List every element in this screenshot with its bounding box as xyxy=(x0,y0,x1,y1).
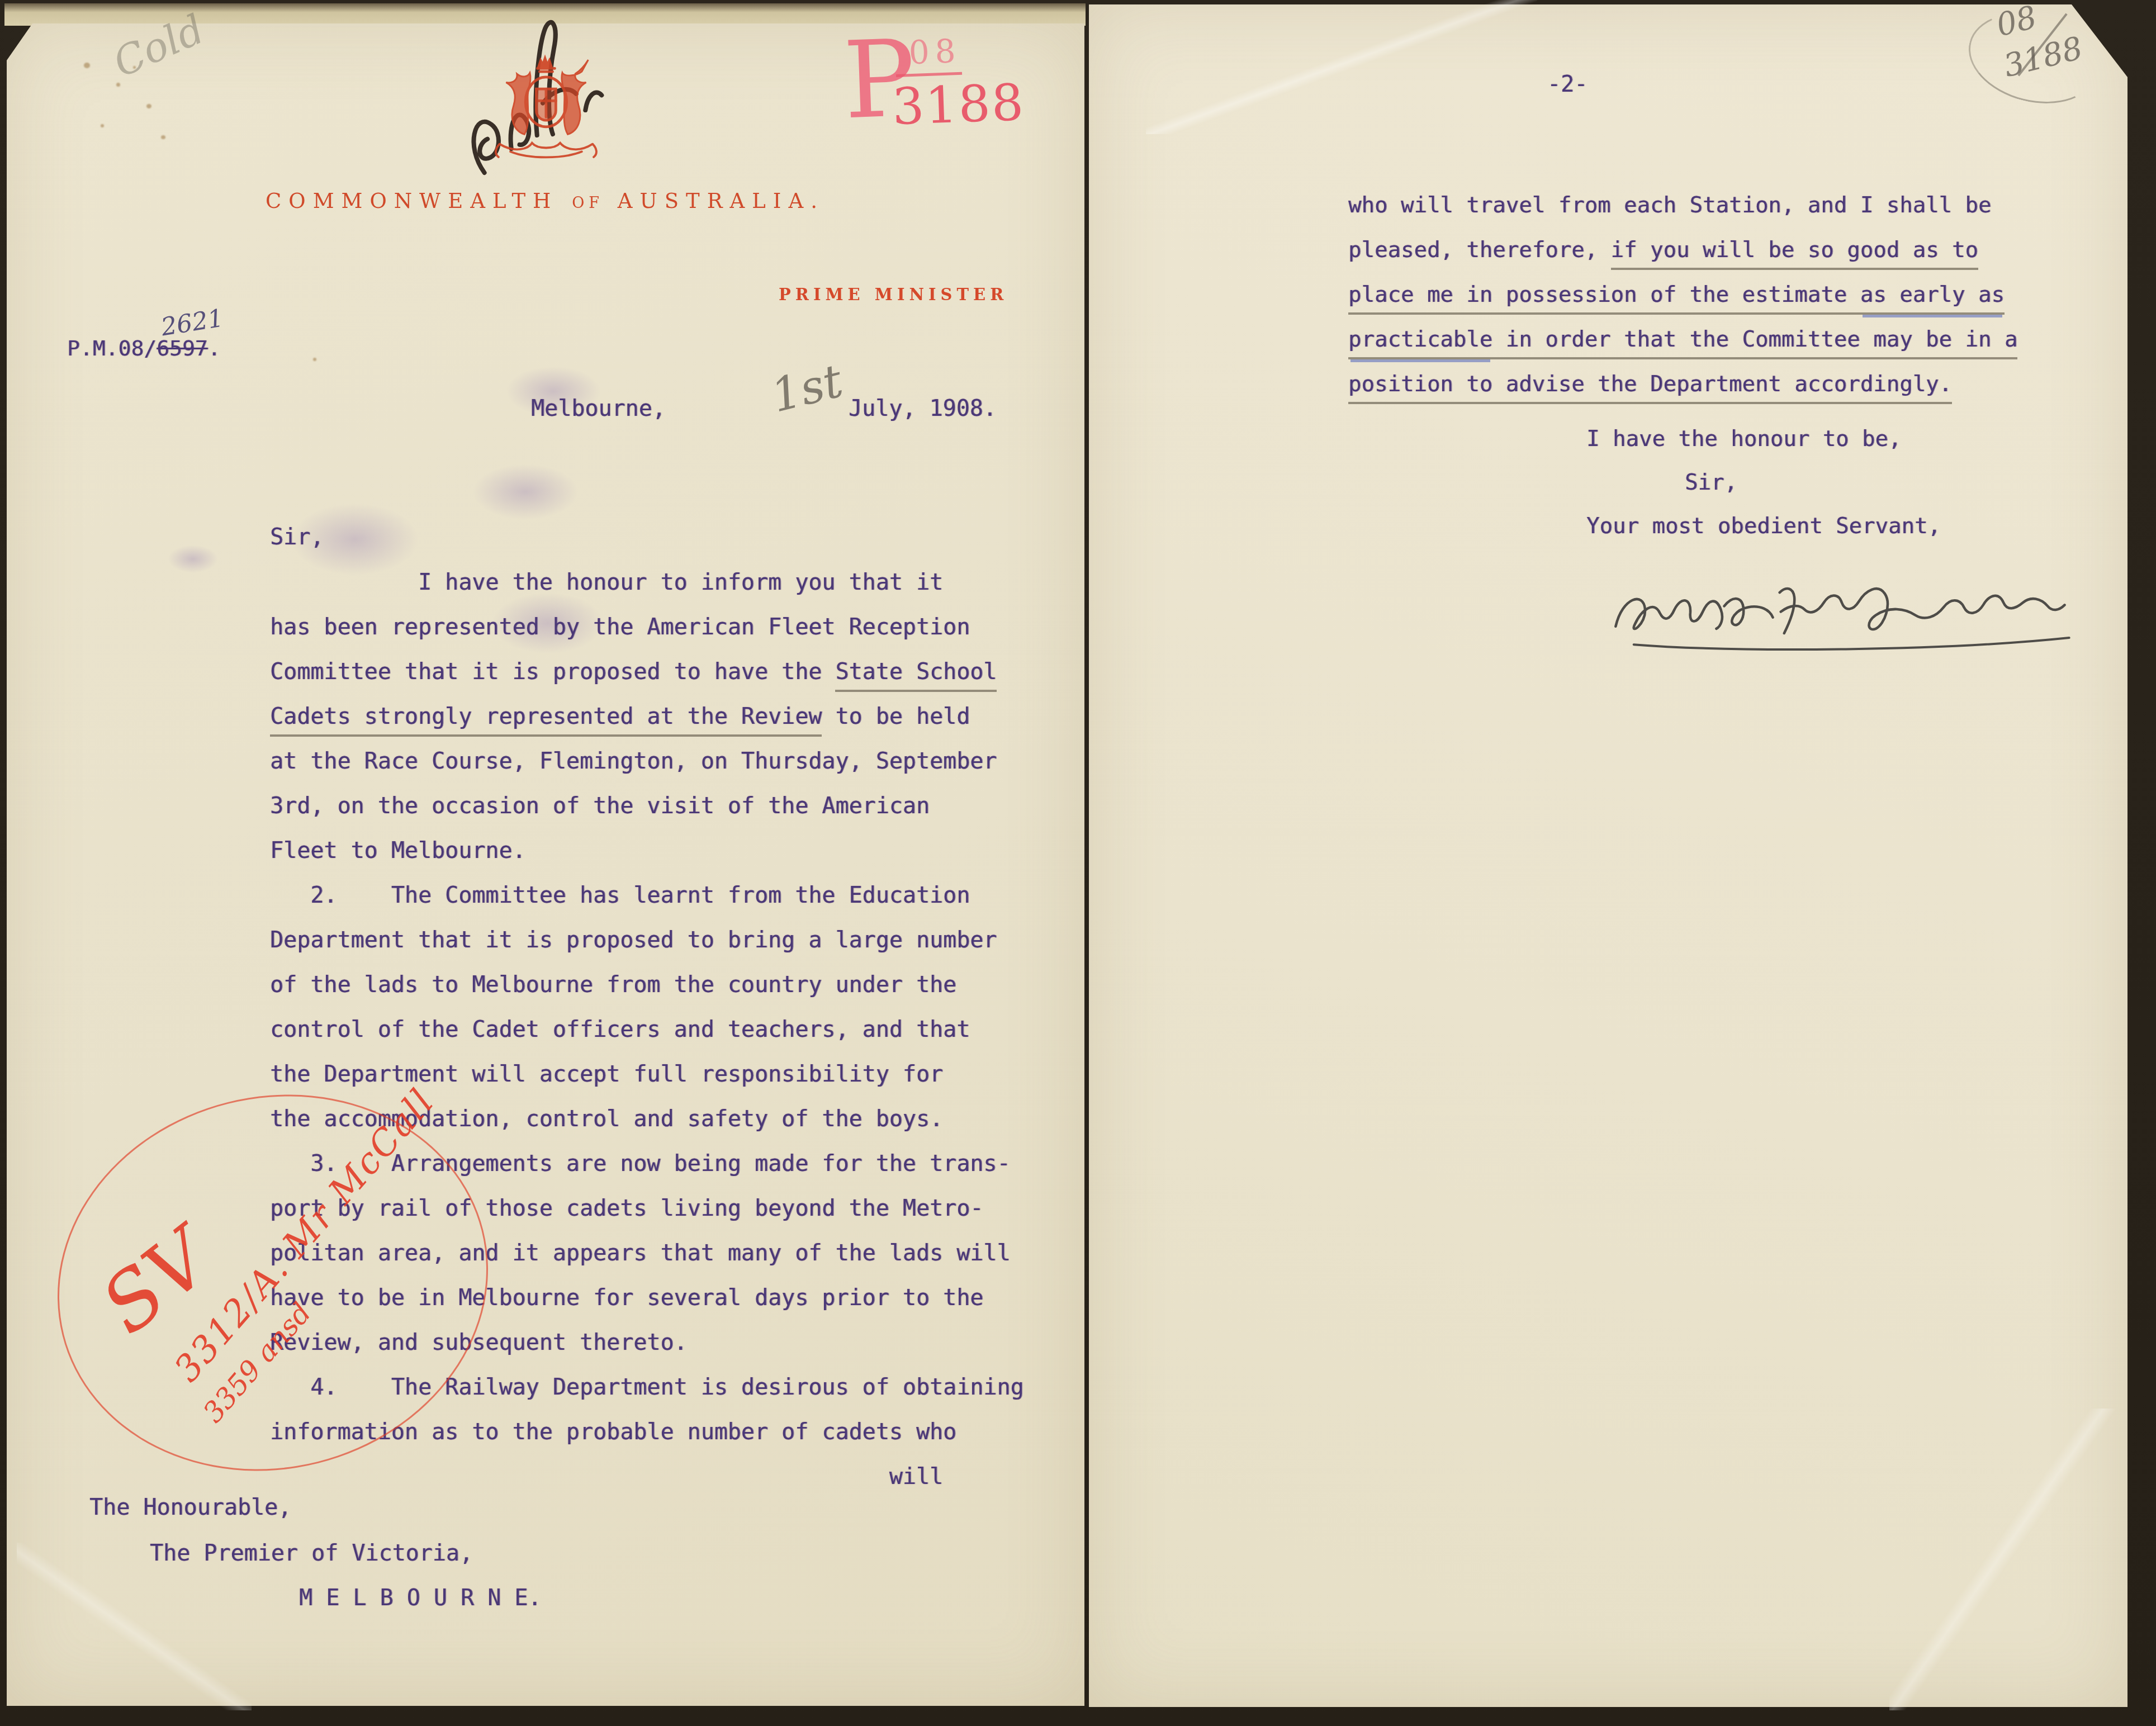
file-ref-prefix: P.M.08/ xyxy=(67,336,157,361)
stamp-year: 08 xyxy=(908,32,961,72)
stamp-number: 3188 xyxy=(891,73,1026,136)
typed-line: 3rd, on the occasion of the visit of the… xyxy=(270,784,1024,828)
typed-text: I have the honour to inform you that it xyxy=(270,570,943,595)
typed-line: at the Race Course, Flemington, on Thurs… xyxy=(270,739,1024,784)
addressee-line: The Premier of Victoria, xyxy=(150,1540,473,1566)
typed-text: Fleet to Melbourne. xyxy=(270,838,526,864)
closing-line: Your most obedient Servant, xyxy=(1586,514,1941,539)
letter-body-page2: who will travel from each Station, and I… xyxy=(1348,183,2017,407)
underlined-text: as early as xyxy=(1860,282,2005,315)
closing-line: I have the honour to be, xyxy=(1586,426,1902,452)
typed-line: practicable in order that the Committee … xyxy=(1348,317,2017,362)
typed-line: will xyxy=(270,1454,1024,1499)
foxing-spot xyxy=(146,104,151,108)
typed-text: Department that it is proposed to bring … xyxy=(270,927,997,953)
typed-line: control of the Cadet officers and teache… xyxy=(270,1007,1024,1052)
typed-text: 3rd, on the occasion of the visit of the… xyxy=(270,793,930,819)
foxing-spot xyxy=(101,124,104,127)
ink-smudge xyxy=(472,464,579,520)
file-reference: P.M.08/6597. xyxy=(67,336,221,361)
typed-text: to be held xyxy=(822,704,970,729)
typed-text: 2. The Committee has learnt from the Edu… xyxy=(270,883,970,908)
underlined-text: in order that the Committee may be in a xyxy=(1492,327,2017,359)
letterhead-australia: AUSTRALIA. xyxy=(618,189,825,213)
typed-line: who will travel from each Station, and I… xyxy=(1348,183,2017,228)
typed-text: of the lads to Melbourne from the countr… xyxy=(270,972,956,998)
closing-line: Sir, xyxy=(1685,470,1737,495)
typed-text: has been represented by the American Fle… xyxy=(270,614,970,640)
letterhead-commonwealth: COMMONWEALTH xyxy=(266,189,558,213)
signature-alfred-deakin xyxy=(1600,571,2086,652)
typed-line: position to advise the Department accord… xyxy=(1348,362,2017,407)
letterhead-office: PRIME MINISTER xyxy=(779,285,1008,304)
typed-line: Fleet to Melbourne. xyxy=(270,828,1024,873)
typed-line: has been represented by the American Fle… xyxy=(270,605,1024,649)
ink-smudge xyxy=(168,545,218,573)
typed-line: Cadets strongly represented at the Revie… xyxy=(270,694,1024,739)
typed-text: will xyxy=(270,1464,943,1490)
typed-text: Committee that it is proposed to have th… xyxy=(270,659,835,685)
letterhead-title: COMMONWEALTH OF AUSTRALIA. xyxy=(263,189,827,213)
typed-text: pleased, therefore, xyxy=(1348,238,1611,263)
page-number: -2- xyxy=(1547,72,1588,97)
foxing-spot xyxy=(161,135,165,139)
typed-line: of the lads to Melbourne from the countr… xyxy=(270,962,1024,1007)
foxing-spot xyxy=(313,358,316,361)
coat-of-arms-crest xyxy=(464,51,626,163)
underlined-text: State School xyxy=(835,659,997,692)
letterhead-of: OF xyxy=(572,195,604,212)
typed-line: Department that it is proposed to bring … xyxy=(270,918,1024,962)
dateline-date: July, 1908. xyxy=(849,396,997,421)
foxing-spot xyxy=(116,83,120,87)
typed-text: control of the Cadet officers and teache… xyxy=(270,1017,970,1042)
underlined-text: practicable xyxy=(1348,327,1492,359)
typed-line: I have the honour to inform you that it xyxy=(270,560,1024,605)
typed-text: the Department will accept full responsi… xyxy=(270,1061,943,1087)
typed-line: Committee that it is proposed to have th… xyxy=(270,649,1024,694)
typed-line: place me in possession of the estimate a… xyxy=(1348,273,2017,317)
addressee-line: M E L B O U R N E. xyxy=(299,1585,541,1611)
typed-line: 2. The Committee has learnt from the Edu… xyxy=(270,873,1024,918)
document-scan: Cold P 08 3188 COMMONWEALTH OF AUSTRALIA… xyxy=(0,0,2156,1726)
typed-line: pleased, therefore, if you will be so go… xyxy=(1348,228,2017,273)
typed-text: at the Race Course, Flemington, on Thurs… xyxy=(270,748,997,774)
underlined-text: place me in possession of the estimate xyxy=(1348,282,1860,315)
dateline-city: Melbourne, xyxy=(531,396,666,421)
underlined-text: Cadets strongly represented at the Revie… xyxy=(270,704,822,737)
underlined-text: position to advise the Department accord… xyxy=(1348,372,1952,404)
typed-text: who will travel from each Station, and I… xyxy=(1348,193,1992,218)
underlined-text: if you will be so good as to xyxy=(1611,238,1978,270)
registry-stamp: P 08 3188 xyxy=(836,22,1020,157)
file-ref-suffix: . xyxy=(208,336,221,361)
foxing-spot xyxy=(84,63,90,68)
addressee-line: The Honourable, xyxy=(89,1495,291,1520)
salutation: Sir, xyxy=(270,524,324,550)
typed-line: the Department will accept full responsi… xyxy=(270,1052,1024,1097)
